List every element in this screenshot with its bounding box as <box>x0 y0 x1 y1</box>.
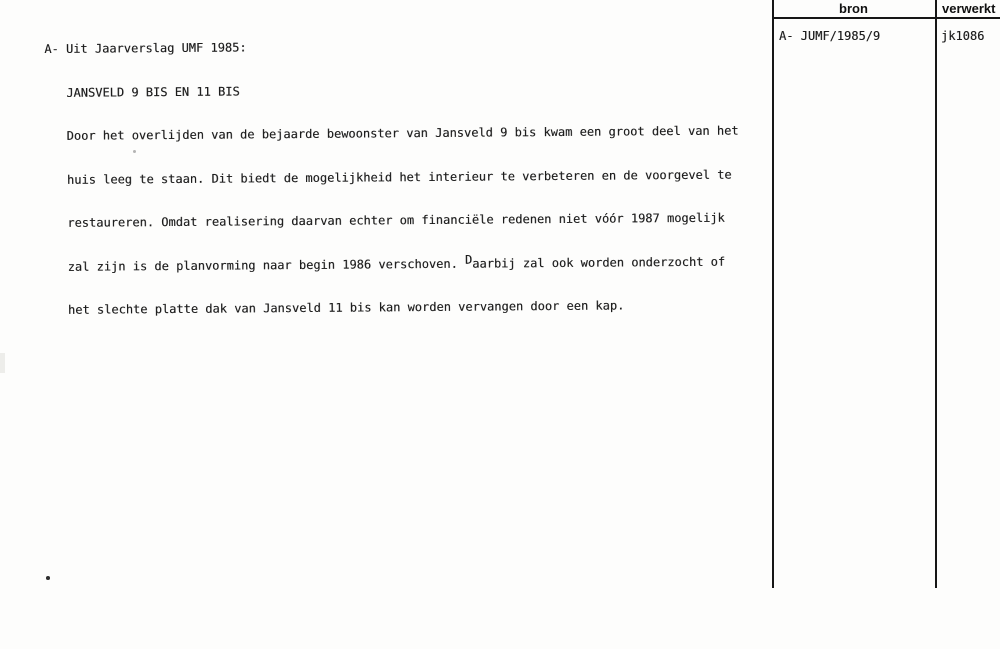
register-table-left-border <box>772 0 774 588</box>
typed-subject-line: JANSVELD 9 BIS EN 11 BIS <box>45 80 739 100</box>
scanned-document-page: A- Uit Jaarverslag UMF 1985: JANSVELD 9 … <box>0 0 1000 649</box>
scan-speck <box>46 576 50 580</box>
typed-heading-line: A- Uit Jaarverslag UMF 1985: <box>44 37 738 57</box>
typed-body-line: Door het overlijden van de bejaarde bewo… <box>45 124 739 144</box>
column-header-verwerkt: verwerkt <box>942 1 995 16</box>
register-table-column-divider <box>935 0 937 588</box>
typed-annotation-block: A- Uit Jaarverslag UMF 1985: JANSVELD 9 … <box>44 8 740 347</box>
typed-body-line: zal zijn is de planvorming naar begin 19… <box>46 254 740 274</box>
verwerkt-cell-value: jk1086 <box>941 29 984 43</box>
typed-body-line-segment: zal zijn is de planvorming naar begin 19… <box>46 256 465 273</box>
typed-body-line: huis leeg te staan. Dit biedt de mogelij… <box>45 167 739 187</box>
typed-body-line: het slechte platte dak van Jansveld 11 b… <box>46 298 740 318</box>
typed-body-line-segment: aarbij zal ook worden onderzocht of <box>472 254 725 270</box>
register-table-header-rule <box>772 17 1000 19</box>
scan-speck <box>133 150 136 153</box>
typed-overstruck-capital: D <box>465 253 472 267</box>
typed-body-line: restaureren. Omdat realisering daarvan e… <box>46 211 740 231</box>
scan-edge-smudge <box>0 353 5 373</box>
bron-cell-value: A- JUMF/1985/9 <box>779 29 880 43</box>
column-header-bron: bron <box>772 1 935 16</box>
